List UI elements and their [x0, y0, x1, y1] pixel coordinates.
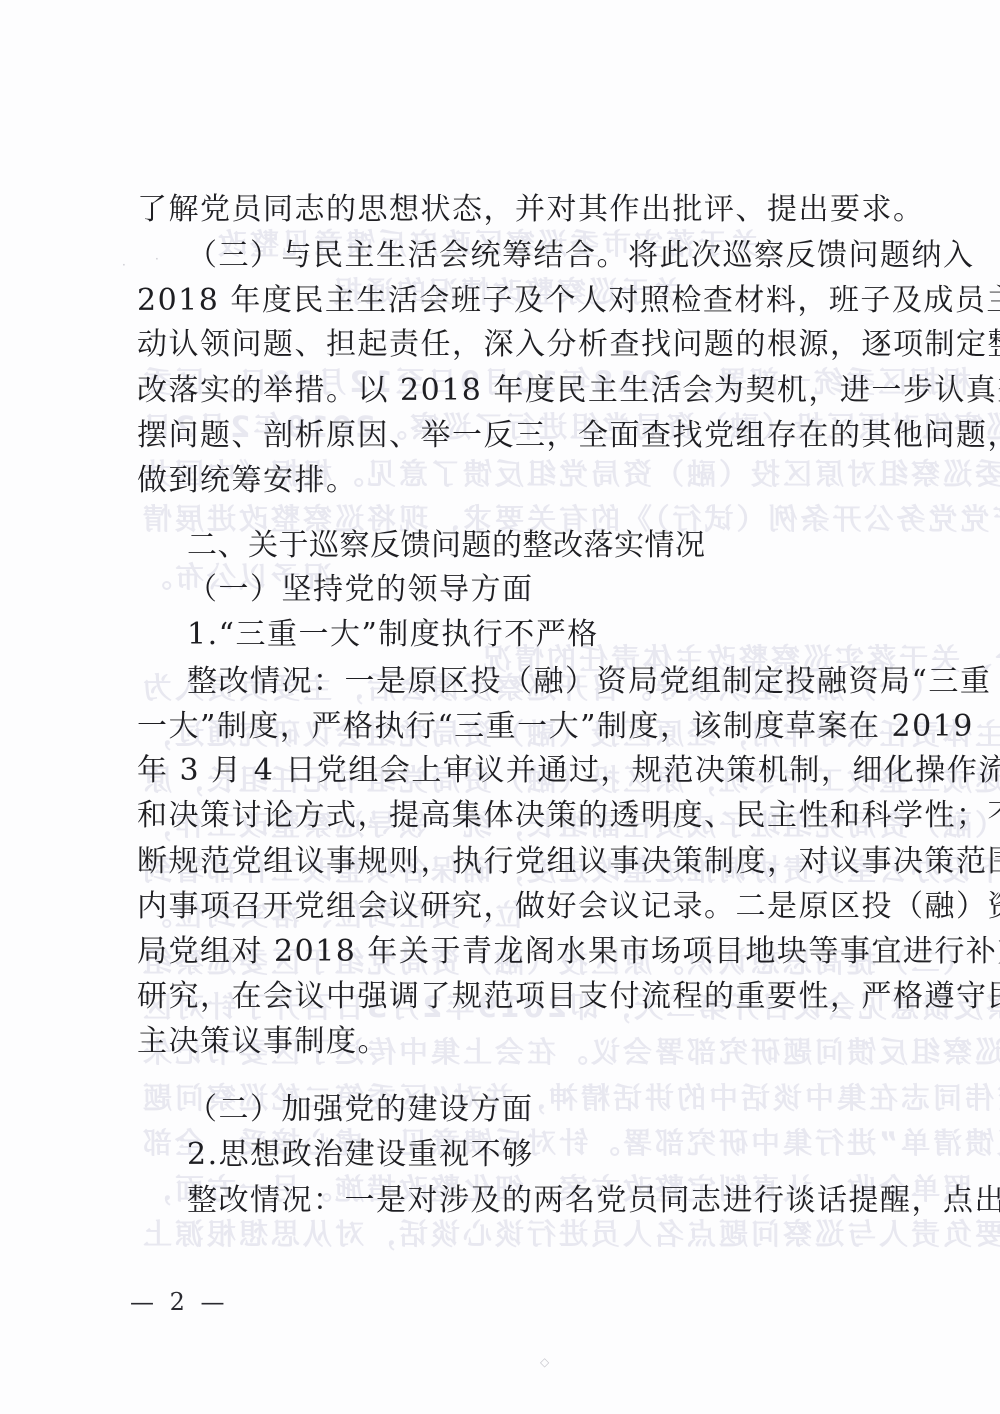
- scan-speck: ◇: [540, 1355, 549, 1369]
- text-line: 断规范党组议事规则，执行党组议事决策制度，对议事决策范围: [137, 844, 877, 880]
- text-line: 整改情况：一是对涉及的两名党员同志进行谈话提醒，点出: [187, 1183, 1000, 1219]
- scan-speck: ·: [122, 258, 126, 272]
- text-line: 2018 年度民主生活会班子及个人对照检查材料，班子及成员主: [137, 283, 877, 319]
- text-line: 改落实的举措。以 2018 年度民主生活会为契机，进一步认真查: [137, 373, 877, 409]
- text-line: 研究，在会议中强调了规范项目支付流程的重要性，严格遵守民: [137, 979, 877, 1015]
- text-line: 年 3 月 4 日党组会上审议并通过，规范决策机制，细化操作流程: [137, 753, 877, 789]
- text-line: 一大”制度，严格执行“三重一大”制度，该制度草案在 2019: [137, 709, 877, 745]
- text-line: 和决策讨论方式，提高集体决策的透明度、民主性和科学性；不: [137, 798, 877, 834]
- text-line: （二）加强党的建设方面: [187, 1092, 534, 1128]
- text-line: 动认领问题、担起责任，深入分析查找问题的根源，逐项制定整: [137, 327, 877, 363]
- text-line: （三）与民主生活会统筹结合。将此次巡察反馈问题纳入: [187, 238, 975, 274]
- text-line: 局党组对 2018 年关于青龙阁水果市场项目地块等事宜进行补充: [137, 934, 877, 970]
- document-page: 关于落实市委巡察区政府反馈意见整改关于巡察整改情况的通报根据区委统一部署，201…: [0, 0, 1000, 1414]
- page-number: — 2 —: [130, 1288, 229, 1316]
- text-line: 做到统筹安排。: [137, 463, 358, 499]
- text-line: 了解党员同志的思想状态，并对其作出批评、提出要求。: [137, 192, 925, 228]
- text-line: 1.“三重一大”制度执行不严格: [187, 617, 599, 653]
- section-heading: 二、关于巡察反馈问题的整改落实情况: [187, 528, 706, 564]
- text-line: 2.思想政治建设重视不够: [187, 1137, 534, 1173]
- text-line: 内事项召开党组会议研究，做好会议记录。二是原区投（融）资: [137, 889, 877, 925]
- text-line: （一）坚持党的领导方面: [187, 572, 534, 608]
- text-line: 主决策议事制度。: [137, 1024, 389, 1060]
- text-line: 整改情况：一是原区投（融）资局党组制定投融资局“三重: [187, 664, 991, 700]
- text-line: 摆问题、剖析原因、举一反三，全面查找党组存在的其他问题，: [137, 418, 877, 454]
- scan-speck: ·: [155, 252, 159, 266]
